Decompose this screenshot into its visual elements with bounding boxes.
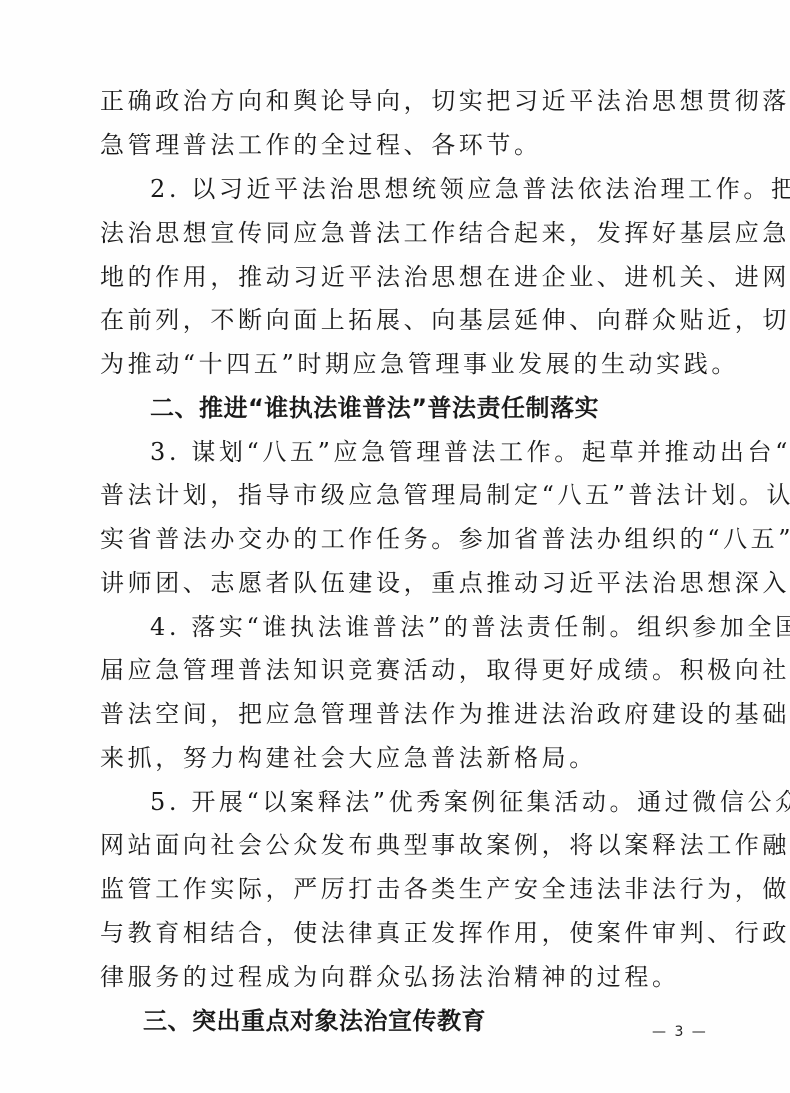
item-5-line: 监管工作实际，严厉打击各类生产安全违法非法行为，做到处罚 (100, 874, 700, 904)
item-2-line: 为推动“十四五”时期应急管理事业发展的生动实践。 (100, 349, 700, 379)
item-2-line: 法治思想宣传同应急普法工作结合起来，发挥好基层应急普法阵 (100, 218, 700, 248)
paragraph-line: 正确政治方向和舆论导向，切实把习近平法治思想贯彻落实到应 (100, 86, 700, 116)
item-5-line: 与教育相结合，使法律真正发挥作用，使案件审判、行政执法和法 (100, 918, 700, 948)
item-5-line: 律服务的过程成为向群众弘扬法治精神的过程。 (100, 962, 700, 992)
item-2-line: 2. 以习近平法治思想统领应急普法依法治理工作。把习近平 (150, 174, 700, 204)
item-4-line: 普法空间，把应急管理普法作为推进法治政府建设的基础性工作 (100, 699, 700, 729)
item-2-line: 地的作用，推动习近平法治思想在进企业、进机关、进网络上走 (100, 262, 700, 292)
section-heading-3: 三、突出重点对象法治宣传教育 (143, 1006, 486, 1036)
page-number: — 3 — (652, 1024, 708, 1040)
item-3-line: 讲师团、志愿者队伍建设，重点推动习近平法治思想深入人心。 (100, 568, 700, 598)
item-5-line: 网站面向社会公众发布典型事故案例，将以案释法工作融入安全 (100, 830, 700, 860)
item-5-line: 5. 开展“以案释法”优秀案例征集活动。通过微信公众号、 (150, 787, 700, 817)
item-3-line: 3. 谋划“八五”应急管理普法工作。起草并推动出台“八五” (150, 437, 700, 467)
section-heading-2: 二、推进“谁执法谁普法”普法责任制落实 (150, 393, 599, 423)
item-4-line: 4. 落实“谁执法谁普法”的普法责任制。组织参加全国第三 (150, 612, 700, 642)
item-3-line: 普法计划，指导市级应急管理局制定“八五”普法计划。认真落 (100, 480, 700, 510)
document-page: 正确政治方向和舆论导向，切实把习近平法治思想贯彻落实到应 急管理普法工作的全过程… (0, 0, 790, 1093)
item-4-line: 来抓，努力构建社会大应急普法新格局。 (100, 743, 700, 773)
item-2-line: 在前列，不断向面上拓展、向基层延伸、向群众贴近，切实转化 (100, 305, 700, 335)
item-3-line: 实省普法办交办的工作任务。参加省普法办组织的“八五”普法 (100, 524, 700, 554)
paragraph-line: 急管理普法工作的全过程、各环节。 (100, 130, 700, 160)
item-4-line: 届应急管理普法知识竞赛活动，取得更好成绩。积极向社会拓展 (100, 655, 700, 685)
